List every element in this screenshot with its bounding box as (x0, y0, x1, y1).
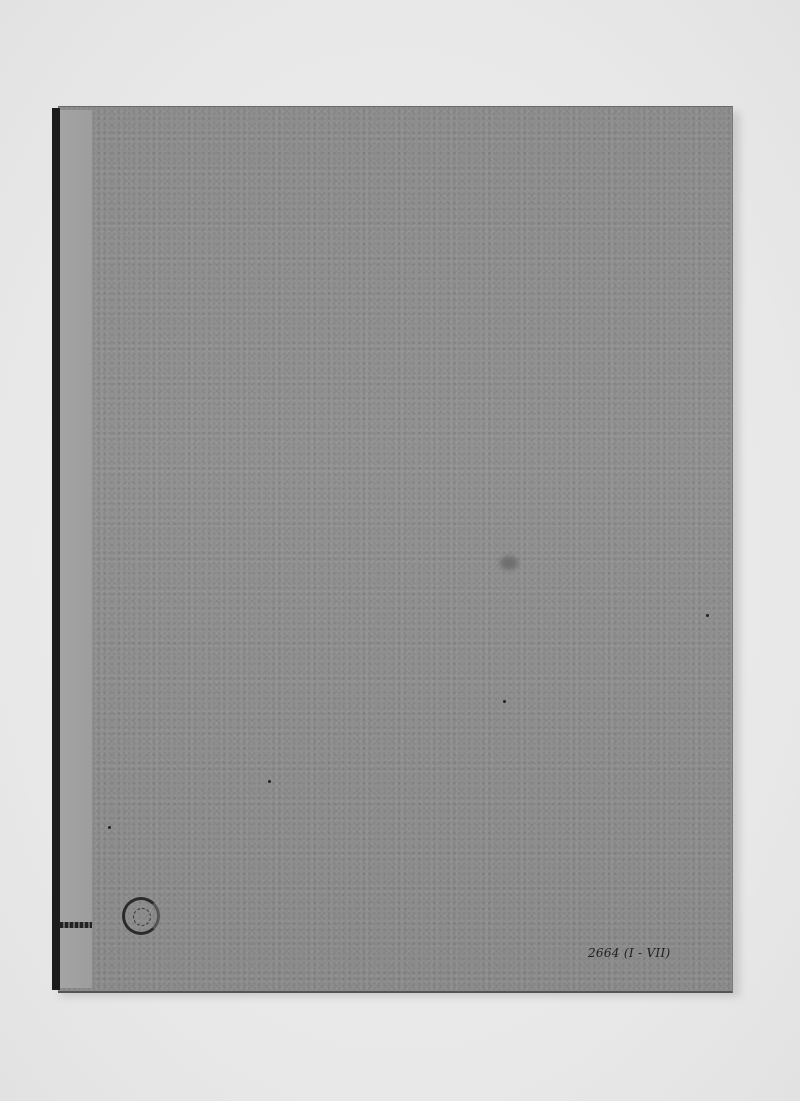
folder-cover (58, 106, 733, 993)
spine-thread-tie (60, 922, 92, 928)
spine-binding-edge (52, 108, 60, 990)
ink-speck (706, 614, 709, 617)
ink-speck (108, 826, 111, 829)
ink-speck (268, 780, 271, 783)
spine-strip (60, 110, 92, 988)
stain-spot (500, 556, 518, 570)
library-stamp-icon (122, 897, 160, 935)
catalog-number: 2664 (I - VII) (588, 946, 671, 960)
stamp-inner-ring (133, 908, 151, 926)
ink-speck (503, 700, 506, 703)
